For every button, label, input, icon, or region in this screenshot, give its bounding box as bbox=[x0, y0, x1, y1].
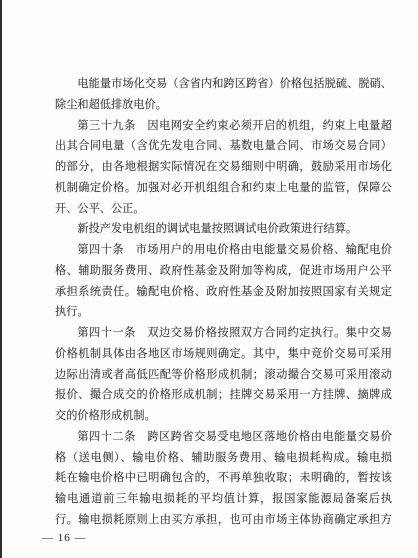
text-line: 报价、撮合成交的价格形成机制；挂牌交易采用一方挂牌、摘牌成 bbox=[55, 385, 392, 406]
text-line: 行。输电损耗原则上由买方承担，也可由市场主体协商确定承担方 bbox=[55, 510, 392, 531]
document-body: 电能量市场化交易（含省内和跨区跨省）价格包括脱硫、脱硝、除尘和超低排放电价。第三… bbox=[55, 74, 392, 531]
text-line: 价格机制具体由各地区市场规则确定。其中，集中竞价交易可采用 bbox=[55, 344, 392, 365]
text-line: 开、公平、公正。 bbox=[55, 199, 392, 220]
text-line: 耗在输电价格中已明确包含的，不再单独收取；未明确的，暂按该 bbox=[55, 468, 392, 489]
text-line: 边际出清或者高低匹配等价格形成机制；滚动撮合交易可采用滚动 bbox=[55, 365, 392, 386]
text-line: 格、辅助服务费用、政府性基金及附加等构成，促进市场用户公平 bbox=[55, 261, 392, 282]
text-line: 机制确定价格。加强对必开机组组合和约束上电量的监管，保障公 bbox=[55, 178, 392, 199]
text-line: 承担系统责任。输配电价格、政府性基金及附加按照国家有关规定 bbox=[55, 282, 392, 303]
text-line: 第三十九条 因电网安全约束必须开启的机组，约束上电量超 bbox=[55, 116, 392, 137]
text-line: 除尘和超低排放电价。 bbox=[55, 95, 392, 116]
text-line: 出其合同电量（含优先发电合同、基数电量合同、市场交易合同） bbox=[55, 136, 392, 157]
text-line: 第四十二条 跨区跨省交易受电地区落地价格由电能量交易价 bbox=[55, 427, 392, 448]
text-line: 格（送电侧）、输电价格、辅助服务费用、输电损耗构成。输电损 bbox=[55, 448, 392, 469]
text-line: 新投产发电机组的调试电量按照调试电价政策进行结算。 bbox=[55, 219, 392, 240]
text-line: 输电通道前三年输电损耗的平均值计算，报国家能源局备案后执 bbox=[55, 489, 392, 510]
text-line: 第四十一条 双边交易价格按照双方合同约定执行。集中交易 bbox=[55, 323, 392, 344]
text-line: 的部分，由各地根据实际情况在交易细则中明确，鼓励采用市场化 bbox=[55, 157, 392, 178]
scan-edge-line bbox=[0, 0, 2, 558]
document-page: 电能量市场化交易（含省内和跨区跨省）价格包括脱硫、脱硝、除尘和超低排放电价。第三… bbox=[0, 0, 418, 558]
text-line: 执行。 bbox=[55, 302, 392, 323]
text-line: 第四十条 市场用户的用电价格由电能量交易价格、输配电价 bbox=[55, 240, 392, 261]
page-number: — 16 — bbox=[42, 528, 87, 548]
text-line: 交的价格形成机制。 bbox=[55, 406, 392, 427]
text-line: 电能量市场化交易（含省内和跨区跨省）价格包括脱硫、脱硝、 bbox=[55, 74, 392, 95]
